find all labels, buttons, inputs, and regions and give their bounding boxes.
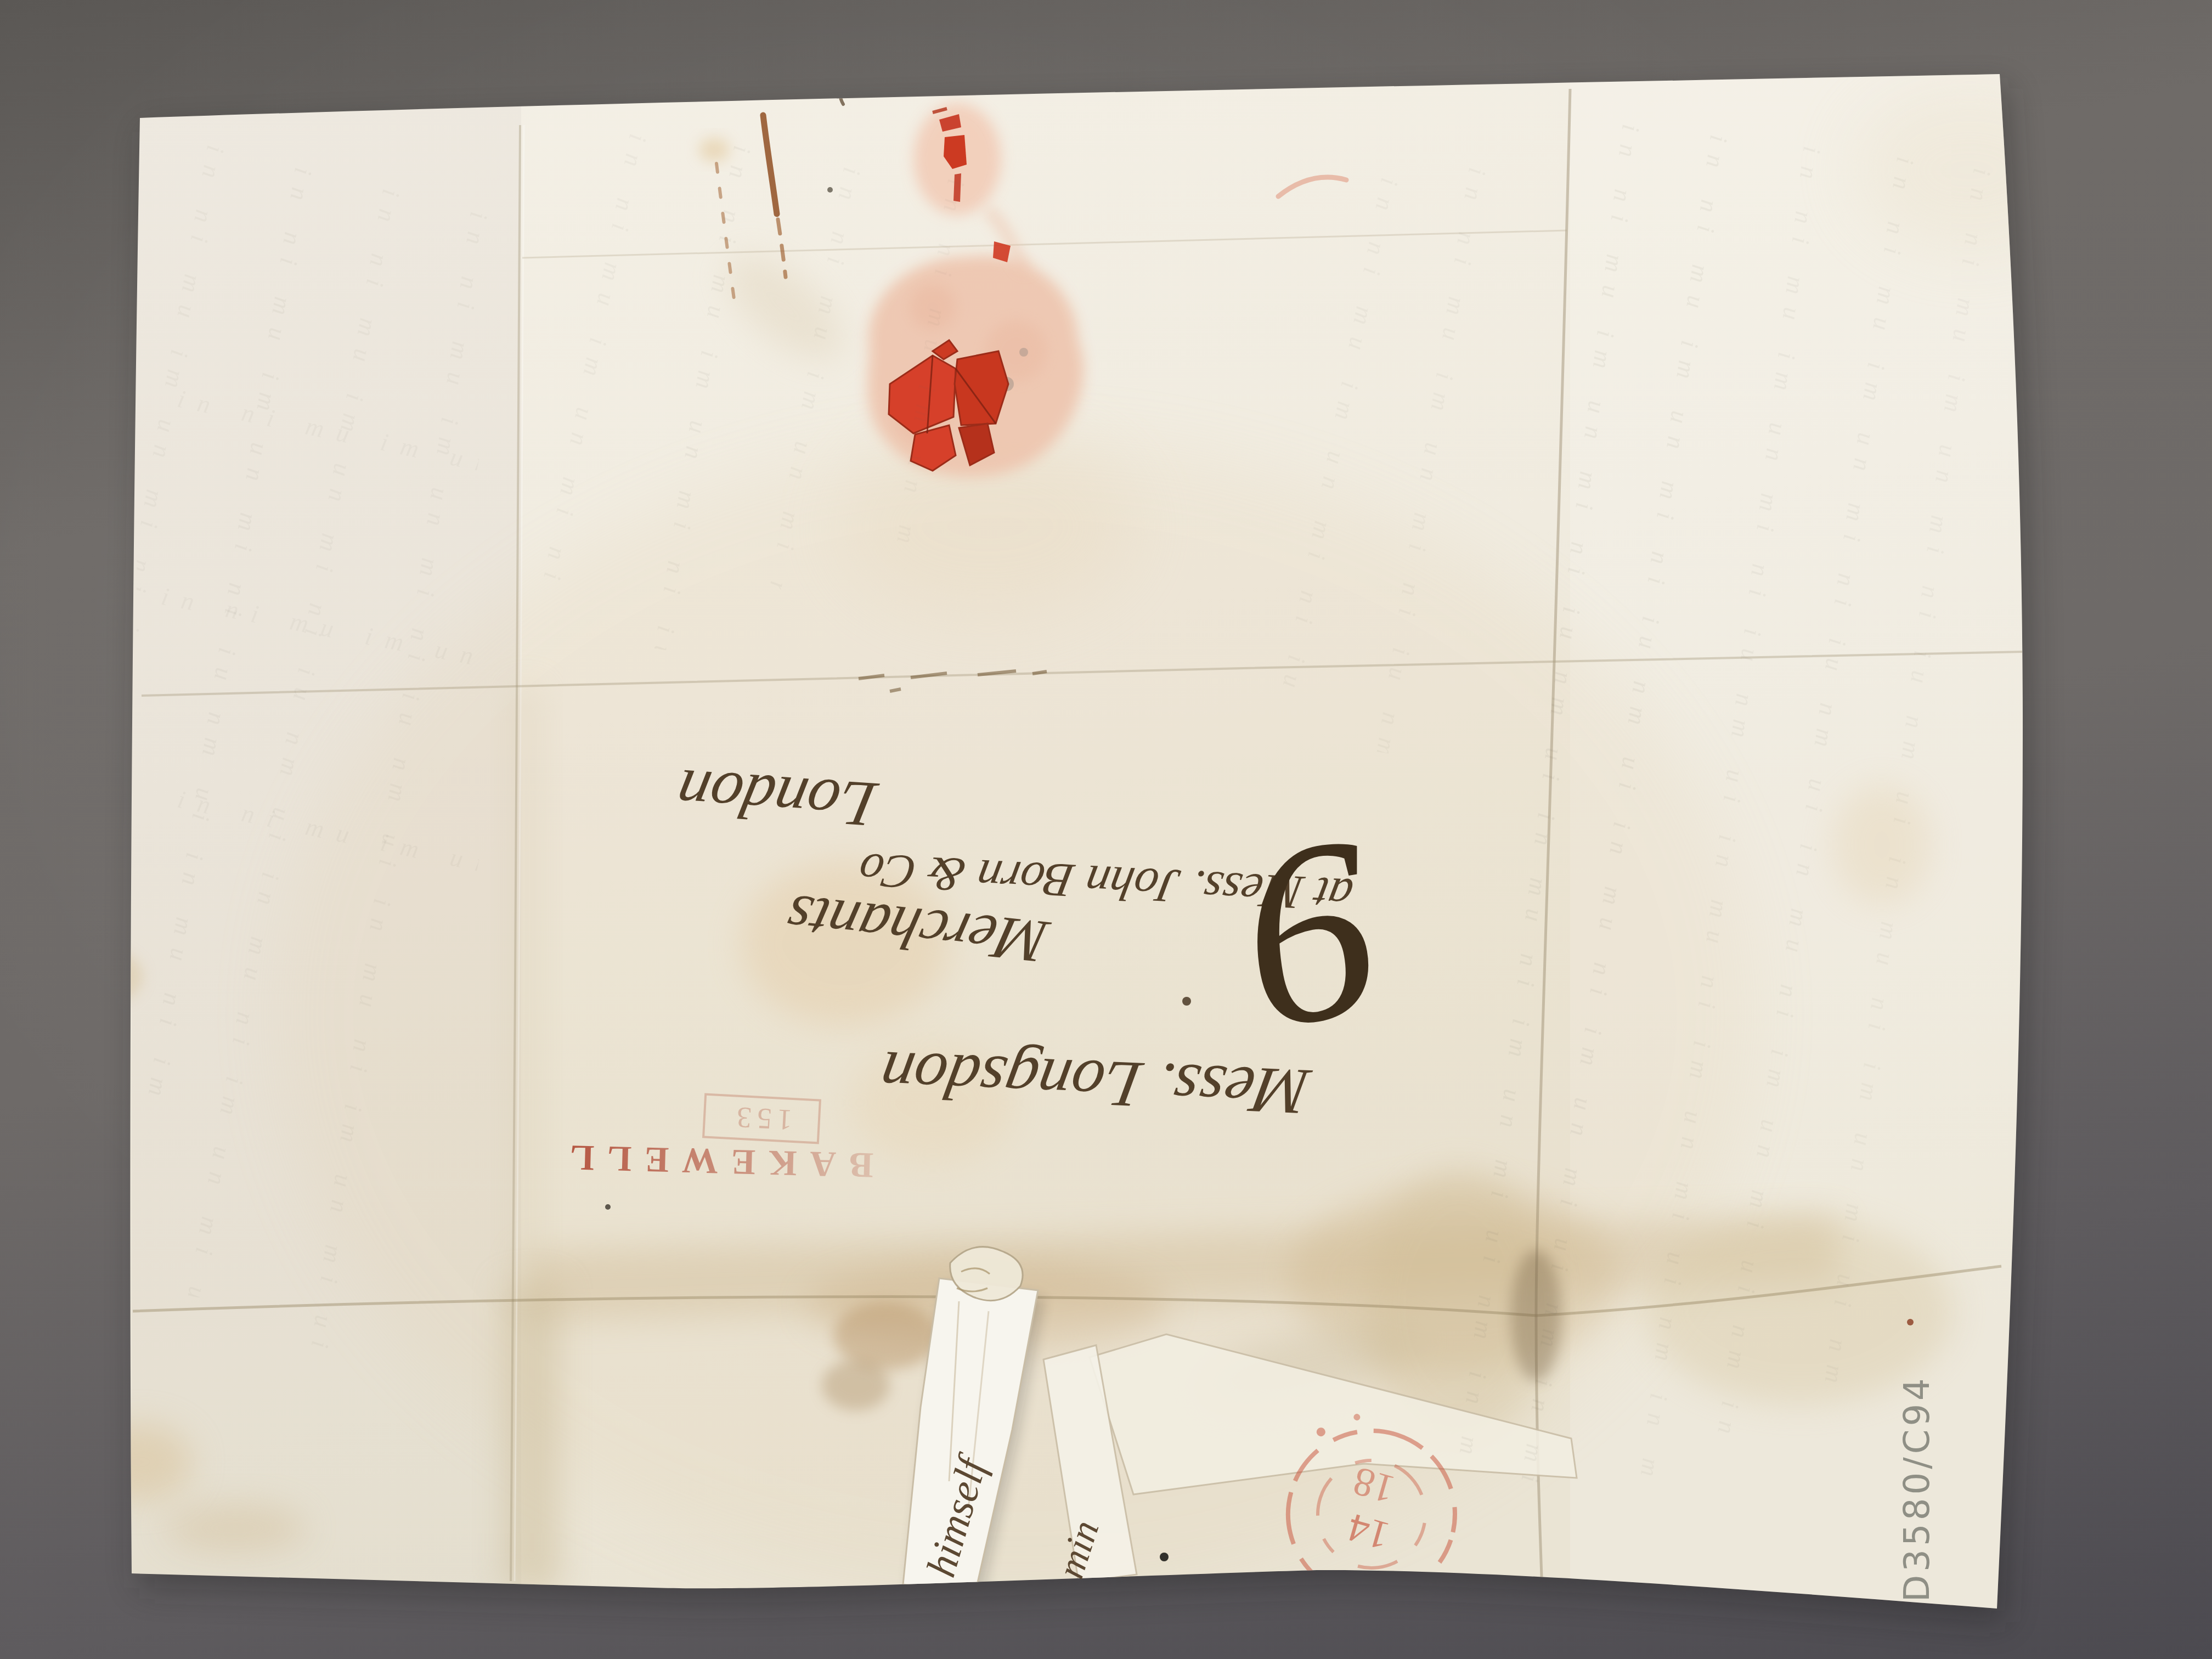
show-through-writing: in ni mu im un mi ni iu nm ui in mu ni i… [173, 785, 481, 886]
mileage-mark-box: 153 [702, 1093, 821, 1144]
archival-reference: D3580/C94 [1897, 1375, 1938, 1602]
show-through-writing: in ni mu im un mi ni iu nm ui in mu ni i… [1808, 165, 1997, 1395]
show-through-writing: in ni mu im un mi ni iu nm ui in mu ni i… [291, 208, 494, 1382]
show-through-writing: in ni mu im un mi ni iu nm ui in mu ni i… [639, 142, 757, 652]
stain-spot [66, 949, 143, 1004]
show-through-layer: in ni mu im un mi ni iu nm ui in mu ni i… [0, 0, 2212, 1659]
show-through-writing: in ni mu im un mi ni iu nm ui in mu ni i… [523, 130, 653, 611]
seal-speck [921, 54, 928, 61]
photograph-of-letter-back: 14 18 in ni mu im un mi ni iu nm ui in m… [0, 0, 2212, 1659]
bakewell-town-stamp: BAKEWELL [556, 1136, 874, 1186]
mileage-mark-number: 153 [704, 1096, 819, 1142]
address-line-city: London [648, 753, 883, 842]
show-through-writing: in ni mu im un mi ni iu nm ui in mu ni i… [755, 163, 867, 591]
stain-spot [60, 1133, 121, 1177]
show-through-writing: in ni mu im un mi ni iu nm ui in mu ni i… [881, 176, 971, 550]
